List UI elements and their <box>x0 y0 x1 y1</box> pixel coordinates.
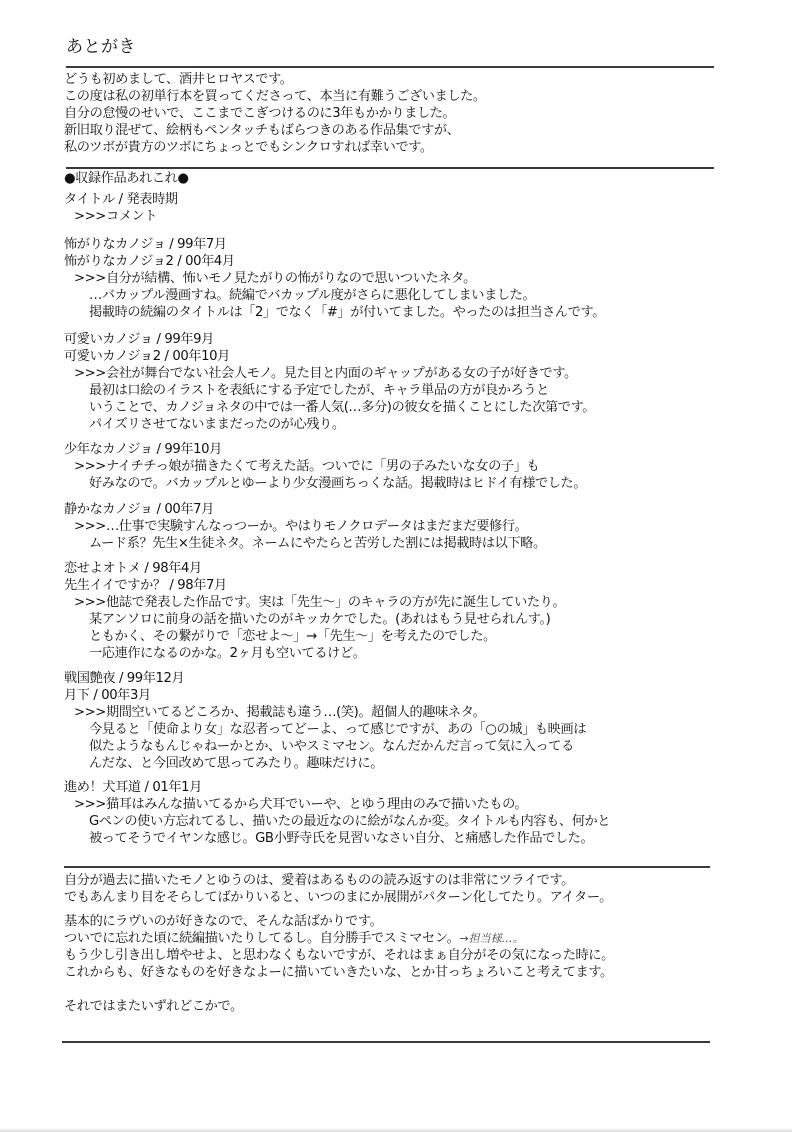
work-entry: 恋せよオトメ / 98年4月 先生イイですか？ / 98年7月 >>>他誌で発表… <box>64 560 565 662</box>
intro-line: 私のツボが貴方のツボにちょっとでもシンクロすれば幸いです。 <box>64 139 486 156</box>
closing-line: もう少し引き出し増やせよ、と思わなくもないですが、それはまぁ自分がその気になった… <box>64 947 614 964</box>
closing-line: 自分が過去に描いたモノとゆうのは、愛着はあるものの読み返すのは非常にツライです。 <box>64 872 612 889</box>
work-comment: 一応連作になるのかな。2ヶ月も空いてるけど。 <box>64 645 565 662</box>
works-legend: タイトル / 発表時期 >>>コメント <box>64 191 178 225</box>
intro-divider <box>66 167 714 169</box>
intro-line: この度は私の初単行本を買ってくださって、本当に有難うございました。 <box>64 88 486 105</box>
closing-line: でもあんまり目をそらしてばかりいると、いつのまにか展開がパターン化してたり。アイ… <box>64 889 612 906</box>
work-entry: 戦国艶夜 / 99年12月 月下 / 00年3月 >>>期間空いてるどころか、掲… <box>64 670 586 772</box>
legend-title-format: タイトル / 発表時期 <box>64 191 178 208</box>
work-comment: 掲載時の続編のタイトルは「2」でなく「#」が付いてました。やったのは担当さんです… <box>64 304 605 321</box>
work-comment: >>>会社が舞台でない社会人モノ。見た目と内面のギャップがある女の子が好きです。 <box>64 365 595 382</box>
work-title: 月下 / 00年3月 <box>64 687 586 704</box>
work-comment: 今見ると「使命より女」な忍者ってどーよ、って感じですが、あの「○の城」も映画は <box>64 721 586 738</box>
work-comment: いうことで、カノジョネタの中では一番人気(…多分)の彼女を描くことにした次第です… <box>64 399 595 416</box>
works-divider <box>64 866 710 868</box>
scan-edge <box>0 1128 792 1132</box>
legend-comment-format: >>>コメント <box>64 208 178 225</box>
intro-line: どうも初めまして、酒井ヒロヤスです。 <box>64 71 486 88</box>
work-title: 少年なカノジョ / 99年10月 <box>64 441 586 458</box>
closing-paragraph-2: 基本的にラヴいのが好きなので、そんな話ばかりです。 ついでに忘れた頃に続編描いた… <box>64 913 614 981</box>
closing-divider <box>62 1041 710 1043</box>
closing-line: ついでに忘れた頃に続編描いたりしてるし。自分勝手でスミマセン。→担当様…。 <box>64 930 614 947</box>
work-comment: >>>…仕事で実験すんなっつーか。やはりモノクロデータはまだまだ要修行。 <box>64 518 546 535</box>
title-divider <box>66 66 714 68</box>
page-title: あとがき <box>66 32 136 57</box>
work-comment: 似たようなもんじゃねーかとか、いやスミマセン。なんだかんだ言って気に入ってる <box>64 738 586 755</box>
intro-line: 新旧取り混ぜて、絵柄もペンタッチもばらつきのある作品集ですが、 <box>64 122 486 139</box>
work-entry: 進め！犬耳道 / 01年1月 >>>猫耳はみんな描いてるから犬耳でいーや、とゆう… <box>64 779 610 847</box>
work-comment: >>>自分が結構、怖いモノ見たがりの怖がりなので思いついたネタ。 <box>64 270 605 287</box>
work-comment: パイズリさせてないままだったのが心残り。 <box>64 416 595 433</box>
work-title: 怖がりなカノジョ / 99年7月 <box>64 236 605 253</box>
intro-line: 自分の怠慢のせいで、ここまでこぎつけるのに3年もかかりました。 <box>64 105 486 122</box>
work-comment: Gペンの使い方忘れてるし、描いたの最近なのに絵がなんか変。タイトルも内容も、何か… <box>64 813 610 830</box>
work-comment: んだな、と今回改めて思ってみたり。趣味だけに。 <box>64 755 586 772</box>
work-comment: 某アンソロに前身の話を描いたのがキッカケでした。(あれはもう見せられんす。) <box>64 611 565 628</box>
work-entry: 静かなカノジョ / 00年7月 >>>…仕事で実験すんなっつーか。やはりモノクロ… <box>64 501 546 552</box>
work-comment: >>>他誌で発表した作品です。実は「先生～」のキャラの方が先に誕生していたり。 <box>64 594 565 611</box>
work-title: 怖がりなカノジョ2 / 00年4月 <box>64 253 605 270</box>
work-title: 進め！犬耳道 / 01年1月 <box>64 779 610 796</box>
handwritten-note: →担当様…。 <box>459 932 523 945</box>
work-title: 可愛いカノジョ / 99年9月 <box>64 331 595 348</box>
work-title: 可愛いカノジョ2 / 00年10月 <box>64 348 595 365</box>
work-comment: >>>猫耳はみんな描いてるから犬耳でいーや、とゆう理由のみで描いたもの。 <box>64 796 610 813</box>
farewell-line: それではまたいずれどこかで。 <box>64 998 243 1015</box>
work-comment: 被ってそうでイヤンな感じ。GB小野寺氏を見習いなさい自分、と痛感した作品でした。 <box>64 830 610 847</box>
work-comment: 好みなので。バカップルとゆーより少女漫画ちっくな話。掲載時はヒドイ有様でした。 <box>64 475 586 492</box>
closing-line-text: ついでに忘れた頃に続編描いたりしてるし。自分勝手でスミマセン。 <box>64 931 459 946</box>
work-comment: ムード系？先生×生徒ネタ。ネームにやたらと苦労した割には掲載時は以下略。 <box>64 535 546 552</box>
work-entry: 怖がりなカノジョ / 99年7月 怖がりなカノジョ2 / 00年4月 >>>自分… <box>64 236 605 321</box>
work-entry: 可愛いカノジョ / 99年9月 可愛いカノジョ2 / 00年10月 >>>会社が… <box>64 331 595 433</box>
work-title: 戦国艶夜 / 99年12月 <box>64 670 586 687</box>
work-comment: >>>ナイチチっ娘が描きたくて考えた話。ついでに「男の子みたいな女の子」も <box>64 458 586 475</box>
works-heading: ●収録作品あれこれ● <box>64 170 189 187</box>
closing-line: 基本的にラヴいのが好きなので、そんな話ばかりです。 <box>64 913 614 930</box>
work-title: 静かなカノジョ / 00年7月 <box>64 501 546 518</box>
work-entry: 少年なカノジョ / 99年10月 >>>ナイチチっ娘が描きたくて考えた話。ついで… <box>64 441 586 492</box>
intro-paragraph: どうも初めまして、酒井ヒロヤスです。 この度は私の初単行本を買ってくださって、本… <box>64 71 486 156</box>
work-comment: >>>期間空いてるどころか、掲載誌も違う…(笑)。超個人的趣味ネタ。 <box>64 704 586 721</box>
work-comment: ともかく、その繋がりで「恋せよ～」→「先生～」を考えたのでした。 <box>64 628 565 645</box>
closing-line: これからも、好きなものを好きなよーに描いていきたいな、とか甘っちょろいこと考えて… <box>64 964 614 981</box>
afterword-page: あとがき どうも初めまして、酒井ヒロヤスです。 この度は私の初単行本を買ってくだ… <box>0 0 792 1132</box>
closing-paragraph-1: 自分が過去に描いたモノとゆうのは、愛着はあるものの読み返すのは非常にツライです。… <box>64 872 612 906</box>
work-comment: 最初は口絵のイラストを表紙にする予定でしたが、キャラ単品の方が良かろうと <box>64 382 595 399</box>
work-title: 先生イイですか？ / 98年7月 <box>64 577 565 594</box>
work-comment: …バカップル漫画すね。続編でバカップル度がさらに悪化してしまいました。 <box>64 287 605 304</box>
work-title: 恋せよオトメ / 98年4月 <box>64 560 565 577</box>
